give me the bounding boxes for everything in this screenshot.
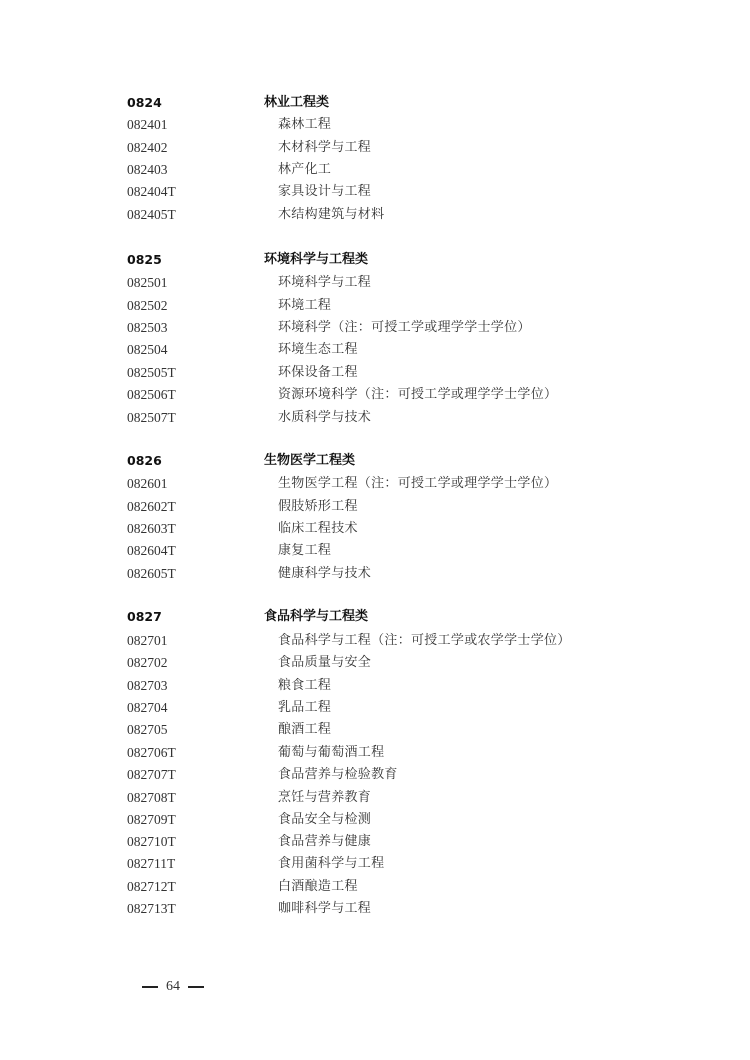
major-name: 粮食工程: [278, 675, 331, 697]
major-name: 酿酒工程: [278, 719, 331, 741]
major-code: 082713T: [127, 898, 176, 920]
major-code: 082708T: [127, 787, 176, 809]
list-item: 082605T 健康科学与技术: [0, 563, 750, 585]
major-code: 082703: [127, 675, 168, 697]
list-item: 082702 食品质量与安全: [0, 652, 750, 674]
major-name: 环境科学与工程: [278, 272, 371, 294]
major-code: 082604T: [127, 540, 176, 562]
section-title: 生物医学工程类: [264, 450, 355, 472]
list-item: 082402 木材科学与工程: [0, 137, 750, 159]
list-item: 082504 环境生态工程: [0, 339, 750, 361]
section-title: 林业工程类: [264, 92, 329, 114]
major-name: 环保设备工程: [278, 362, 358, 384]
major-code: 082707T: [127, 764, 176, 786]
major-name: 健康科学与技术: [278, 563, 371, 585]
major-name: 乳品工程: [278, 697, 331, 719]
major-name: 林产化工: [278, 159, 331, 181]
document-page: 0824 林业工程类 082401 森林工程 082402 木材科学与工程 08…: [0, 0, 750, 1060]
major-code: 082711T: [127, 853, 175, 875]
list-item: 082709T 食品安全与检测: [0, 809, 750, 831]
section-header: 0825 环境科学与工程类: [0, 249, 750, 271]
major-name: 食品安全与检测: [278, 809, 371, 831]
major-name: 白酒酿造工程: [278, 876, 358, 898]
major-code: 082709T: [127, 809, 176, 831]
major-code: 082507T: [127, 407, 176, 429]
major-name: 资源环境科学（注：可授工学或理学学士学位）: [278, 384, 557, 406]
list-item: 082503 环境科学（注：可授工学或理学学士学位）: [0, 317, 750, 339]
major-name: 康复工程: [278, 540, 331, 562]
section-header: 0824 林业工程类: [0, 92, 750, 114]
page-footer: 64: [142, 979, 204, 995]
major-code: 082601: [127, 473, 168, 495]
list-item: 082602T 假肢矫形工程: [0, 496, 750, 518]
list-item: 082713T 咖啡科学与工程: [0, 898, 750, 920]
list-item: 082404T 家具设计与工程: [0, 181, 750, 203]
major-code: 082605T: [127, 563, 176, 585]
major-code: 082710T: [127, 831, 176, 853]
major-code: 082502: [127, 295, 168, 317]
major-name: 环境科学（注：可授工学或理学学士学位）: [278, 317, 531, 339]
list-item: 082708T 烹饪与营养教育: [0, 787, 750, 809]
major-code: 082712T: [127, 876, 176, 898]
list-item: 082401 森林工程: [0, 114, 750, 136]
list-item: 082711T 食用菌科学与工程: [0, 853, 750, 875]
major-code: 082702: [127, 652, 168, 674]
list-item: 082705 酿酒工程: [0, 719, 750, 741]
major-code: 082701: [127, 630, 168, 652]
list-item: 082506T 资源环境科学（注：可授工学或理学学士学位）: [0, 384, 750, 406]
list-item: 082601 生物医学工程（注：可授工学或理学学士学位）: [0, 473, 750, 495]
list-item: 082712T 白酒酿造工程: [0, 876, 750, 898]
dash-right: [188, 986, 204, 988]
list-item: 082604T 康复工程: [0, 540, 750, 562]
list-item: 082502 环境工程: [0, 295, 750, 317]
major-code: 082501: [127, 272, 168, 294]
major-name: 烹饪与营养教育: [278, 787, 371, 809]
list-item: 082706T 葡萄与葡萄酒工程: [0, 742, 750, 764]
major-code: 082506T: [127, 384, 176, 406]
major-name: 咖啡科学与工程: [278, 898, 371, 920]
major-name: 环境工程: [278, 295, 331, 317]
major-code: 082503: [127, 317, 168, 339]
major-code: 082705: [127, 719, 168, 741]
major-code: 082505T: [127, 362, 176, 384]
major-name: 木材科学与工程: [278, 137, 371, 159]
section-code: 0824: [127, 92, 162, 114]
list-item: 082603T 临床工程技术: [0, 518, 750, 540]
section-title: 环境科学与工程类: [264, 249, 368, 271]
major-name: 森林工程: [278, 114, 331, 136]
major-code: 082706T: [127, 742, 176, 764]
major-name: 家具设计与工程: [278, 181, 371, 203]
dash-left: [142, 986, 158, 988]
list-item: 082403 林产化工: [0, 159, 750, 181]
major-code: 082602T: [127, 496, 176, 518]
list-item: 082501 环境科学与工程: [0, 272, 750, 294]
major-code: 082401: [127, 114, 168, 136]
major-name: 环境生态工程: [278, 339, 358, 361]
major-name: 葡萄与葡萄酒工程: [278, 742, 384, 764]
section-header: 0827 食品科学与工程类: [0, 606, 750, 628]
major-code: 082504: [127, 339, 168, 361]
major-code: 082402: [127, 137, 168, 159]
list-item: 082703 粮食工程: [0, 675, 750, 697]
major-name: 食用菌科学与工程: [278, 853, 384, 875]
major-name: 食品质量与安全: [278, 652, 371, 674]
section-code: 0827: [127, 606, 162, 628]
list-item: 082704 乳品工程: [0, 697, 750, 719]
major-name: 临床工程技术: [278, 518, 358, 540]
major-code: 082405T: [127, 204, 176, 226]
major-name: 食品科学与工程（注：可授工学或农学学士学位）: [278, 630, 571, 652]
list-item: 082707T 食品营养与检验教育: [0, 764, 750, 786]
list-item: 082507T 水质科学与技术: [0, 407, 750, 429]
major-name: 食品营养与检验教育: [278, 764, 398, 786]
major-name: 水质科学与技术: [278, 407, 371, 429]
major-name: 食品营养与健康: [278, 831, 371, 853]
major-code: 082603T: [127, 518, 176, 540]
major-name: 木结构建筑与材料: [278, 204, 384, 226]
section-code: 0825: [127, 249, 162, 271]
list-item: 082505T 环保设备工程: [0, 362, 750, 384]
section-code: 0826: [127, 450, 162, 472]
section-header: 0826 生物医学工程类: [0, 450, 750, 472]
page-number: 64: [166, 979, 180, 995]
major-code: 082404T: [127, 181, 176, 203]
list-item: 082710T 食品营养与健康: [0, 831, 750, 853]
list-item: 082701 食品科学与工程（注：可授工学或农学学士学位）: [0, 630, 750, 652]
section-title: 食品科学与工程类: [264, 606, 368, 628]
major-name: 生物医学工程（注：可授工学或理学学士学位）: [278, 473, 557, 495]
major-code: 082704: [127, 697, 168, 719]
major-code: 082403: [127, 159, 168, 181]
major-name: 假肢矫形工程: [278, 496, 358, 518]
list-item: 082405T 木结构建筑与材料: [0, 204, 750, 226]
